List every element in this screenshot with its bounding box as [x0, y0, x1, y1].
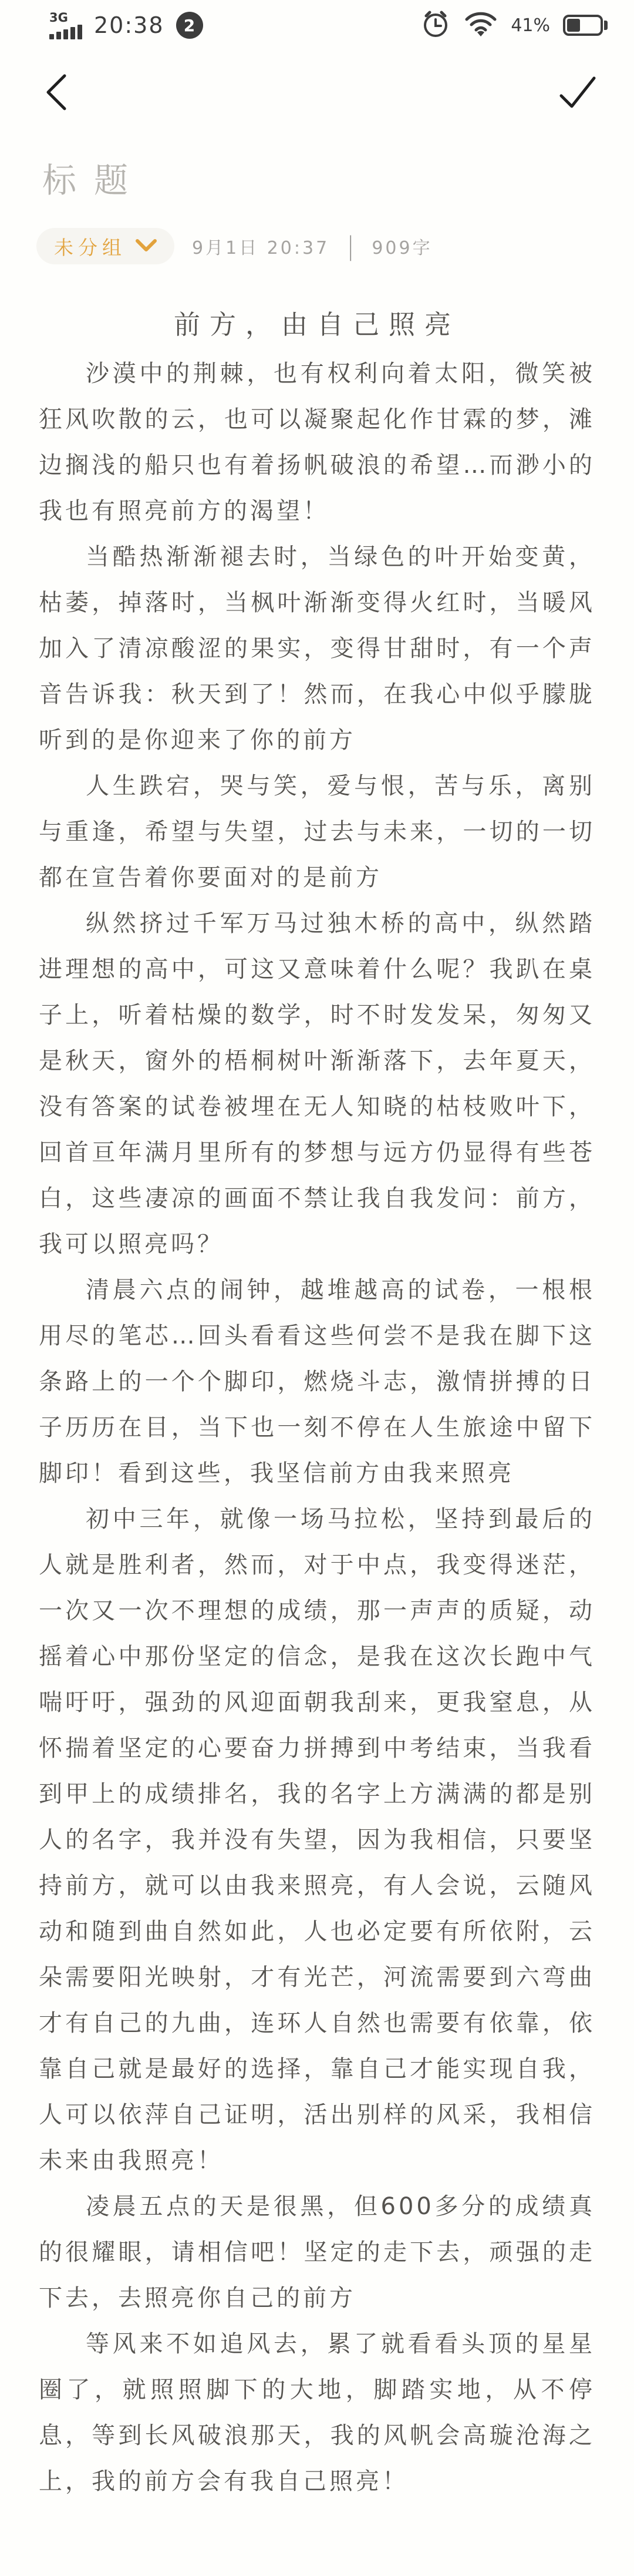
alarm-clock-icon	[420, 9, 451, 42]
status-bar-left: 3G 20:38 2	[49, 12, 203, 39]
note-body-editor[interactable]: 前方，由自己照亮 沙漠中的荆棘，也有权利向着太阳，微笑被狂风吹散的云，也可以凝聚…	[0, 264, 634, 2504]
checkmark-icon	[558, 76, 598, 110]
chevron-left-icon	[43, 73, 69, 113]
group-label: 未分组	[54, 233, 126, 260]
essay-paragraph: 当酷热渐渐褪去时，当绿色的叶开始变黄，枯萎，掉落时，当枫叶渐渐变得火红时，当暖风…	[39, 534, 595, 763]
status-bar-right: 41%	[420, 9, 608, 42]
essay-paragraph: 初中三年，就像一场马拉松，坚持到最后的人就是胜利者，然而，对于中点，我变得迷茫，…	[39, 1496, 595, 2184]
wifi-icon	[464, 11, 498, 40]
chevron-down-icon	[136, 239, 157, 254]
back-button[interactable]	[43, 73, 69, 113]
group-selector-button[interactable]: 未分组	[36, 228, 174, 264]
meta-divider: |	[347, 231, 354, 260]
toolbar	[0, 69, 634, 116]
notification-count-badge: 2	[176, 12, 203, 39]
essay-paragraph: 沙漠中的荆棘，也有权利向着太阳，微笑被狂风吹散的云，也可以凝聚起化作甘霖的梦，滩…	[39, 351, 595, 534]
note-meta-row: 未分组 9月1日 20:37 | 909字	[36, 228, 634, 264]
confirm-save-button[interactable]	[558, 76, 598, 110]
battery-percent-label: 41%	[511, 15, 550, 36]
signal-bars-icon	[49, 25, 82, 39]
essay-paragraph: 纵然挤过千军万马过独木桥的高中，纵然踏进理想的高中，可这又意味着什么呢？我趴在桌…	[39, 901, 595, 1267]
signal-strength-icon: 3G	[49, 12, 82, 39]
word-count: 909字	[372, 233, 432, 259]
essay-paragraph: 等风来不如追风去，累了就看看头顶的星星圈了，就照照脚下的大地，脚踏实地，从不停息…	[39, 2321, 595, 2504]
note-date: 9月1日 20:37	[192, 233, 329, 259]
essay-title: 前方，由自己照亮	[39, 303, 595, 341]
note-editor-screen: 3G 20:38 2	[0, 0, 634, 2576]
essay-paragraph: 清晨六点的闹钟，越堆越高的试卷，一根根用尽的笔芯…回头看看这些何尝不是我在脚下这…	[39, 1267, 595, 1496]
essay-paragraph: 凌晨五点的天是很黑，但600多分的成绩真的很耀眼，请相信吧！坚定的走下去，顽强的…	[39, 2184, 595, 2321]
status-bar: 3G 20:38 2	[0, 0, 634, 41]
essay-paragraph: 人生跌宕，哭与笑，爱与恨，苦与乐，离别与重逢，希望与失望，过去与未来，一切的一切…	[39, 763, 595, 901]
note-title-input[interactable]: 标题	[42, 153, 634, 202]
battery-icon	[563, 15, 608, 36]
status-time: 20:38	[94, 12, 164, 38]
network-type-label: 3G	[49, 12, 68, 23]
essay-paragraphs: 沙漠中的荆棘，也有权利向着太阳，微笑被狂风吹散的云，也可以凝聚起化作甘霖的梦，滩…	[39, 351, 595, 2504]
